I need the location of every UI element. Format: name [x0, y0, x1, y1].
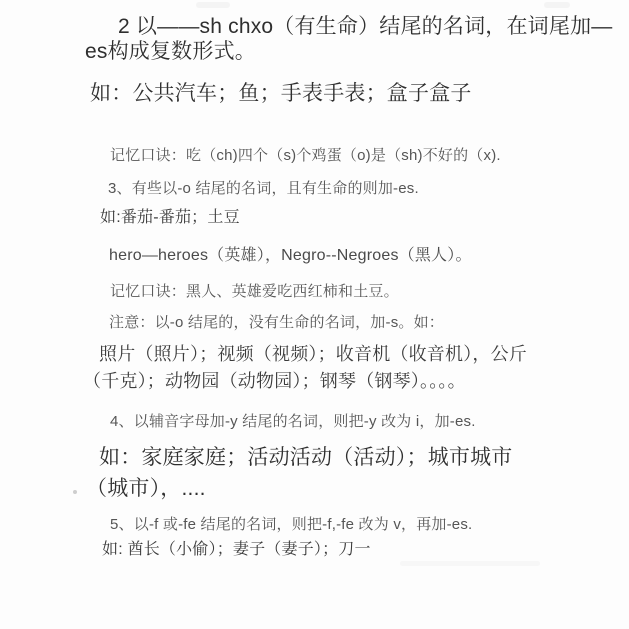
scan-artifact — [544, 2, 570, 8]
note-rule3: 注意：以-o 结尾的，没有生命的名词，加-s。如： — [109, 314, 444, 331]
mnemonic-rule2: 记忆口诀：吃（ch)四个（s)个鸡蛋（o)是（sh)不好的（x). — [110, 147, 501, 164]
example-rule5: 如: 酋长（小偷）；妻子（妻子）；刀一 — [102, 541, 371, 559]
document-page: 2 以——sh chxo（有生命）结尾的名词，在词尾加— es构成复数形式。 如… — [0, 0, 629, 629]
mnemonic-rule3: 记忆口诀：黑人、英雄爱吃西红柿和土豆。 — [110, 283, 399, 300]
hero-examples: hero—heroes（英雄），Negro--Negroes（黑人）。 — [109, 247, 472, 265]
scan-artifact — [196, 2, 230, 8]
example-rule3: 如:番茄-番茄；土豆 — [100, 209, 240, 227]
rule-3: 3、有些以-o 结尾的名词，且有生命的则加-es. — [108, 180, 419, 197]
example-rule4-line-1: 如：家庭家庭；活动活动（活动）；城市城市 — [99, 446, 513, 470]
intro-line-1: 2 以——sh chxo（有生命）结尾的名词，在词尾加— — [118, 15, 612, 39]
scan-artifact — [400, 561, 540, 566]
rule-5: 5、以-f 或-fe 结尾的名词，则把-f,-fe 改为 v，再加-es. — [110, 516, 472, 533]
example-rule2: 如：公共汽车；鱼；手表手表；盒子盒子 — [90, 82, 472, 106]
o-nouns-line-2: （千克）；动物园（动物园）；钢琴（钢琴）。。。。 — [83, 371, 466, 392]
stray-mark — [73, 490, 77, 494]
example-rule4-line-2: （城市），.... — [86, 477, 206, 501]
rule-4: 4、以辅音字母加-y 结尾的名词，则把-y 改为 i，加-es. — [110, 413, 476, 430]
o-nouns-line-1: 照片（照片）；视频（视频）；收音机（收音机），公斤 — [99, 344, 527, 365]
intro-line-2: es构成复数形式。 — [85, 40, 256, 64]
